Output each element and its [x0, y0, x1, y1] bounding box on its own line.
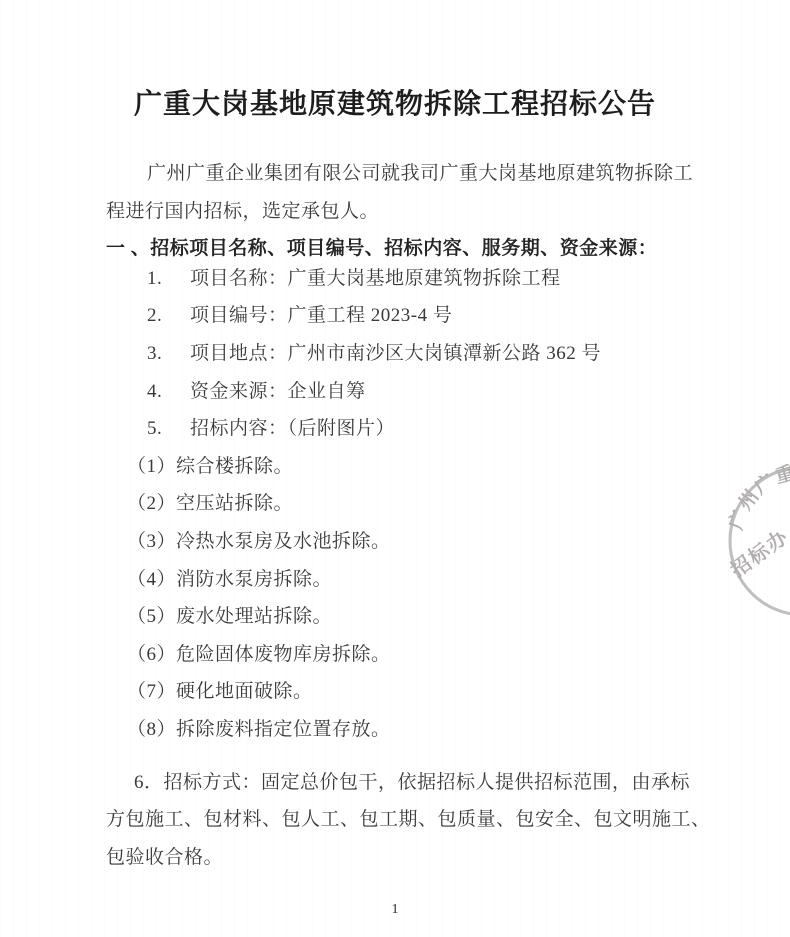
demolition-scope-list: （1）综合楼拆除。 （2）空压站拆除。 （3）冷热水泵房及水池拆除。 （4）消防… [106, 448, 686, 749]
scope-item: （2）空压站拆除。 [106, 485, 686, 523]
page-number: 1 [0, 902, 790, 918]
numbered-item-list: 1.项目名称：广重大岗基地原建筑物拆除工程 2.项目编号：广重工程 2023-4… [106, 260, 686, 448]
document-body: 广州广重企业集团有限公司就我司广重大岗基地原建筑物拆除工 程进行国内招标，选定承… [0, 155, 790, 876]
seal-inner-text: 招标办 [727, 524, 790, 582]
item-text: 项目名称：广重大岗基地原建筑物拆除工程 [190, 268, 561, 289]
numbered-item: 3.项目地点：广州市南沙区大岗镇潭新公路 362 号 [106, 335, 686, 373]
seal-company-arc-text: 广州广重企业集团 [727, 464, 790, 532]
scope-item: （1）综合楼拆除。 [106, 448, 686, 486]
item-text: 项目编号：广重工程 2023-4 号 [190, 305, 452, 326]
document-page: 广重大岗基地原建筑物拆除工程招标公告 广州广重企业集团有限公司就我司广重大岗基地… [0, 0, 790, 937]
scope-item: （4）消防水泵房拆除。 [106, 561, 686, 599]
intro-paragraph-line: 程进行国内招标，选定承包人。 [106, 193, 686, 231]
scope-item: （8）拆除废料指定位置存放。 [106, 711, 686, 749]
tender-method-line: 包验收合格。 [106, 839, 686, 877]
tender-method-line: 6．招标方式：固定总价包干，依据招标人提供招标范围，由承标 [106, 764, 686, 802]
item-number: 4. [147, 373, 190, 411]
item-text: 项目地点：广州市南沙区大岗镇潭新公路 362 号 [190, 343, 601, 364]
item-text: 招标内容：（后附图片） [190, 418, 395, 439]
document-title: 广重大岗基地原建筑物拆除工程招标公告 [0, 84, 790, 126]
numbered-item: 5.招标内容：（后附图片） [106, 410, 686, 448]
item-number: 3. [147, 335, 190, 373]
numbered-item: 4.资金来源：企业自筹 [106, 373, 686, 411]
item-number: 2. [147, 297, 190, 335]
scope-item: （7）硬化地面破除。 [106, 673, 686, 711]
scope-item: （6）危险固体废物库房拆除。 [106, 636, 686, 674]
scope-item: （3）冷热水泵房及水池拆除。 [106, 523, 686, 561]
tender-method-line: 方包施工、包材料、包人工、包工期、包质量、包安全、包文明施工、 [106, 801, 686, 839]
numbered-item: 2.项目编号：广重工程 2023-4 号 [106, 297, 686, 335]
tender-method-paragraph: 6．招标方式：固定总价包干，依据招标人提供招标范围，由承标 方包施工、包材料、包… [106, 764, 686, 877]
company-seal-stamp: 广州广重企业集团 招标办 [727, 464, 790, 618]
intro-paragraph-line: 广州广重企业集团有限公司就我司广重大岗基地原建筑物拆除工 [106, 155, 686, 193]
item-text: 资金来源：企业自筹 [190, 381, 366, 402]
item-number: 1. [147, 260, 190, 298]
scope-item: （5）废水处理站拆除。 [106, 598, 686, 636]
svg-text:广州广重企业集团: 广州广重企业集团 [727, 464, 790, 532]
item-number: 5. [147, 410, 190, 448]
